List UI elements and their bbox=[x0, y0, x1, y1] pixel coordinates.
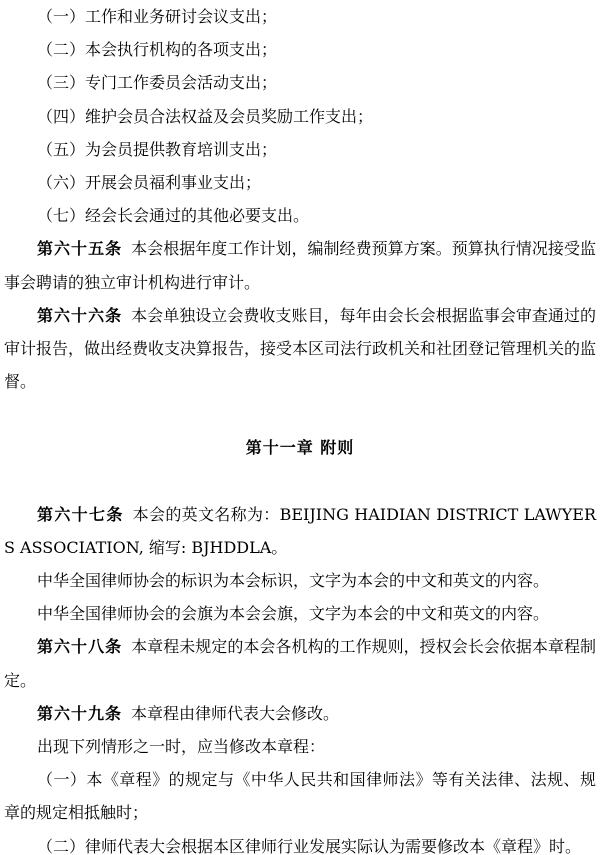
list-item: （三）专门工作委员会活动支出； bbox=[4, 66, 596, 99]
paragraph-text: （三）专门工作委员会活动支出； bbox=[37, 73, 277, 92]
paragraph-text: 中华全国律师协会的标识为本会标识，文字为本会的中文和英文的内容。 bbox=[37, 571, 549, 590]
paragraph-text: （五）为会员提供教育培训支出； bbox=[37, 140, 277, 159]
list-item: （二）本会执行机构的各项支出； bbox=[4, 33, 596, 66]
article-number: 第六十六条 bbox=[37, 306, 122, 325]
article-number: 第六十七条 bbox=[37, 505, 124, 524]
paragraph-text: （二）律师代表大会根据本区律师行业发展实际认为需要修改本《章程》时。 bbox=[37, 837, 581, 855]
article-number: 第六十五条 bbox=[37, 239, 122, 258]
article-paragraph: 第六十七条本会的英文名称为：BEIJING HAIDIAN DISTRICT L… bbox=[4, 498, 596, 564]
paragraph-text: （七）经会长会通过的其他必要支出。 bbox=[37, 206, 309, 225]
document-page: （一）工作和业务研讨会议支出； （二）本会执行机构的各项支出； （三）专门工作委… bbox=[0, 0, 600, 855]
paragraph-text: 第十一章 附则 bbox=[246, 438, 355, 457]
list-item: （四）维护会员合法权益及会员奖励工作支出； bbox=[4, 100, 596, 133]
paragraph-text: 本章程由律师代表大会修改。 bbox=[131, 704, 339, 723]
paragraph: 出现下列情形之一时，应当修改本章程： bbox=[4, 730, 596, 763]
paragraph-text: 出现下列情形之一时，应当修改本章程： bbox=[37, 737, 325, 756]
list-item: （六）开展会员福利事业支出； bbox=[4, 166, 596, 199]
paragraph-text: （六）开展会员福利事业支出； bbox=[37, 173, 261, 192]
list-item: （一）本《章程》的规定与《中华人民共和国律师法》等有关法律、法规、规章的规定相抵… bbox=[4, 763, 596, 829]
list-item: （五）为会员提供教育培训支出； bbox=[4, 133, 596, 166]
paragraph-text: （一）工作和业务研讨会议支出； bbox=[37, 7, 277, 26]
article-paragraph: 第六十九条本章程由律师代表大会修改。 bbox=[4, 697, 596, 730]
list-item: （二）律师代表大会根据本区律师行业发展实际认为需要修改本《章程》时。 bbox=[4, 830, 596, 855]
article-number: 第六十九条 bbox=[37, 704, 122, 723]
paragraph-text: （四）维护会员合法权益及会员奖励工作支出； bbox=[37, 107, 373, 126]
chapter-heading: 第十一章 附则 bbox=[4, 431, 596, 464]
list-item: （七）经会长会通过的其他必要支出。 bbox=[4, 199, 596, 232]
paragraph: 中华全国律师协会的标识为本会标识，文字为本会的中文和英文的内容。 bbox=[4, 564, 596, 597]
paragraph: 中华全国律师协会的会旗为本会会旗，文字为本会的中文和英文的内容。 bbox=[4, 597, 596, 630]
list-item: （一）工作和业务研讨会议支出； bbox=[4, 0, 596, 33]
paragraph-text: （二）本会执行机构的各项支出； bbox=[37, 40, 277, 59]
paragraph-text: （一）本《章程》的规定与《中华人民共和国律师法》等有关法律、法规、规章的规定相抵… bbox=[4, 770, 596, 822]
article-paragraph: 第六十八条本章程未规定的本会各机构的工作规则，授权会长会依据本章程制定。 bbox=[4, 630, 596, 696]
article-paragraph: 第六十五条本会根据年度工作计划，编制经费预算方案。预算执行情况接受监事会聘请的独… bbox=[4, 232, 596, 298]
paragraph-text: 中华全国律师协会的会旗为本会会旗，文字为本会的中文和英文的内容。 bbox=[37, 604, 549, 623]
article-number: 第六十八条 bbox=[37, 637, 122, 656]
article-paragraph: 第六十六条本会单独设立会费收支账目，每年由会长会根据监事会审查通过的审计报告，做… bbox=[4, 299, 596, 399]
